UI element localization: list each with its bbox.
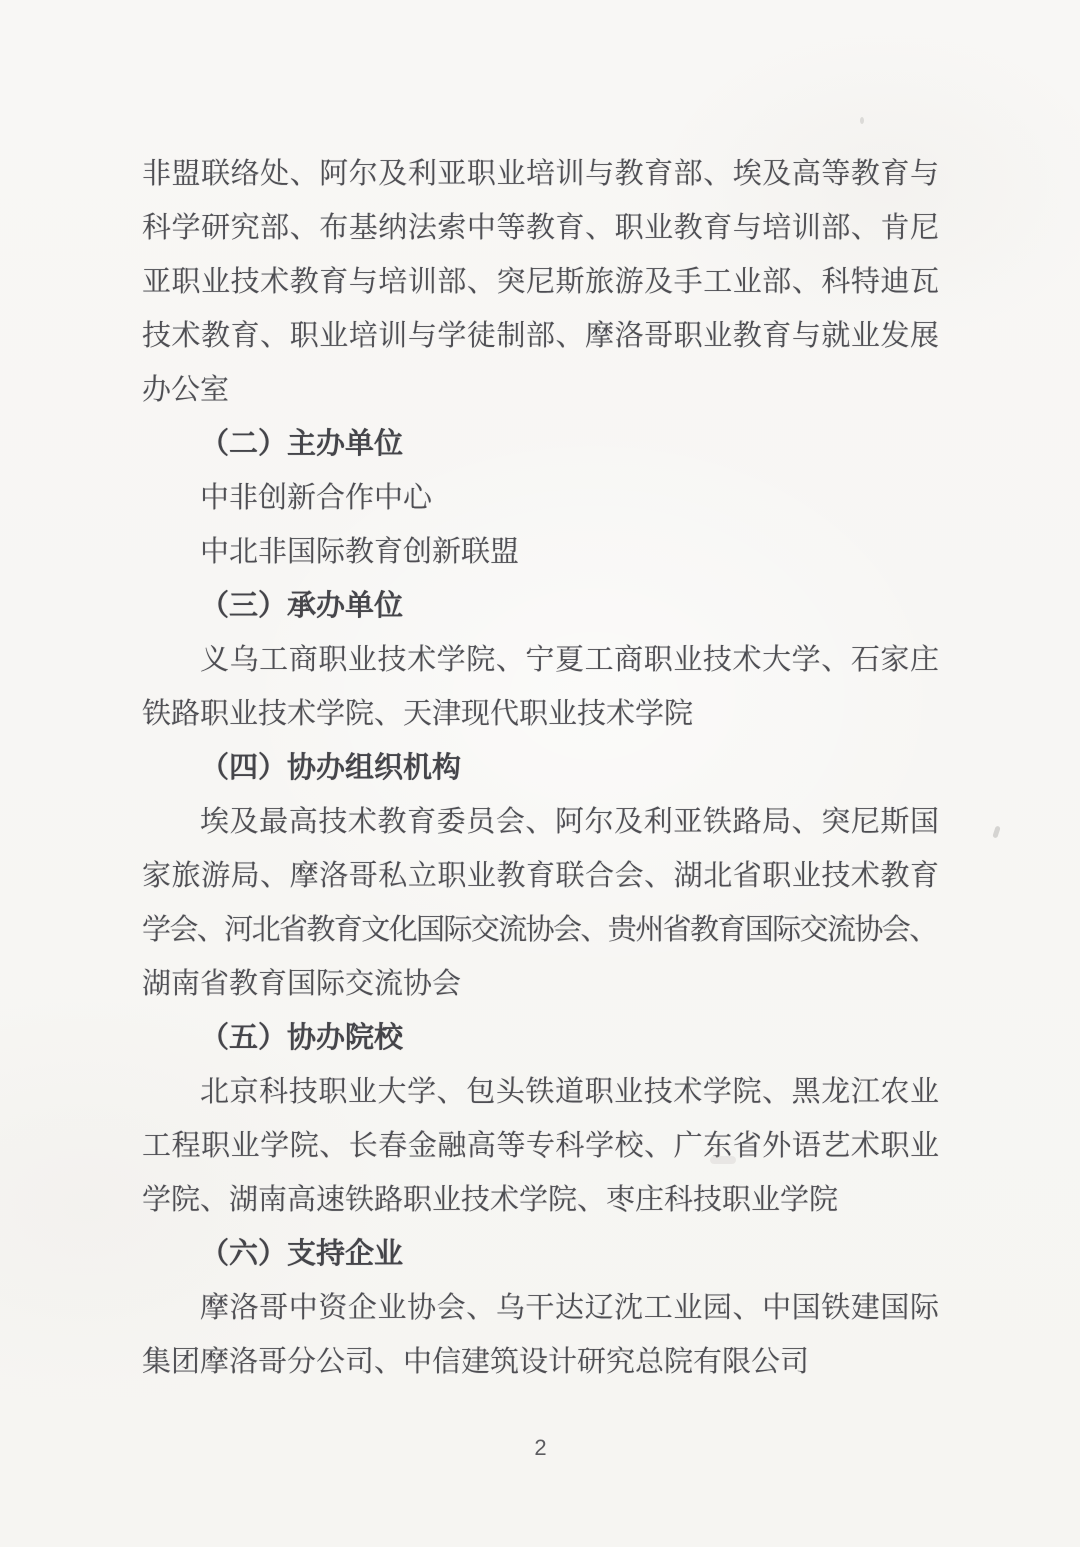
body-line: 摩洛哥中资企业协会、乌干达辽沈工业园、中国铁建国际	[142, 1281, 939, 1335]
body-line: 中北非国际教育创新联盟	[142, 525, 939, 579]
body-line: 义乌工商职业技术学院、宁夏工商职业技术大学、石家庄	[142, 633, 939, 687]
section-heading: （二）主办单位	[142, 417, 939, 471]
document-text-block: 非盟联络处、阿尔及利亚职业培训与教育部、埃及高等教育与 科学研究部、布基纳法索中…	[142, 0, 939, 1461]
body-line: 铁路职业技术学院、天津现代职业技术学院	[142, 687, 939, 741]
body-line: 科学研究部、布基纳法索中等教育、职业教育与培训部、肯尼	[142, 201, 939, 255]
body-line: 非盟联络处、阿尔及利亚职业培训与教育部、埃及高等教育与	[142, 147, 939, 201]
page-number: 2	[142, 1435, 939, 1461]
body-line: 工程职业学院、长春金融高等专科学校、广东省外语艺术职业	[142, 1119, 939, 1173]
section-heading: （五）协办院校	[142, 1011, 939, 1065]
body-line: 集团摩洛哥分公司、中信建筑设计研究总院有限公司	[142, 1335, 939, 1389]
body-line: 学院、湖南高速铁路职业技术学院、枣庄科技职业学院	[142, 1173, 939, 1227]
body-line: 埃及最高技术教育委员会、阿尔及利亚铁路局、突尼斯国	[142, 795, 939, 849]
section-heading: （六）支持企业	[142, 1227, 939, 1281]
body-line: 中非创新合作中心	[142, 471, 939, 525]
body-line: 亚职业技术教育与培训部、突尼斯旅游及手工业部、科特迪瓦	[142, 255, 939, 309]
section-heading: （四）协办组织机构	[142, 741, 939, 795]
scan-artifact	[992, 826, 1000, 839]
body-line: 学会、河北省教育文化国际交流协会、贵州省教育国际交流协会、	[142, 903, 939, 957]
body-line: 家旅游局、摩洛哥私立职业教育联合会、湖北省职业技术教育	[142, 849, 939, 903]
body-line: 北京科技职业大学、包头铁道职业技术学院、黑龙江农业	[142, 1065, 939, 1119]
body-line: 技术教育、职业培训与学徒制部、摩洛哥职业教育与就业发展	[142, 309, 939, 363]
body-line: 办公室	[142, 363, 939, 417]
section-heading: （三）承办单位	[142, 579, 939, 633]
body-line: 湖南省教育国际交流协会	[142, 957, 939, 1011]
scanned-document-page: { "page": { "background_color": "#f7f6f4…	[0, 0, 1080, 1547]
